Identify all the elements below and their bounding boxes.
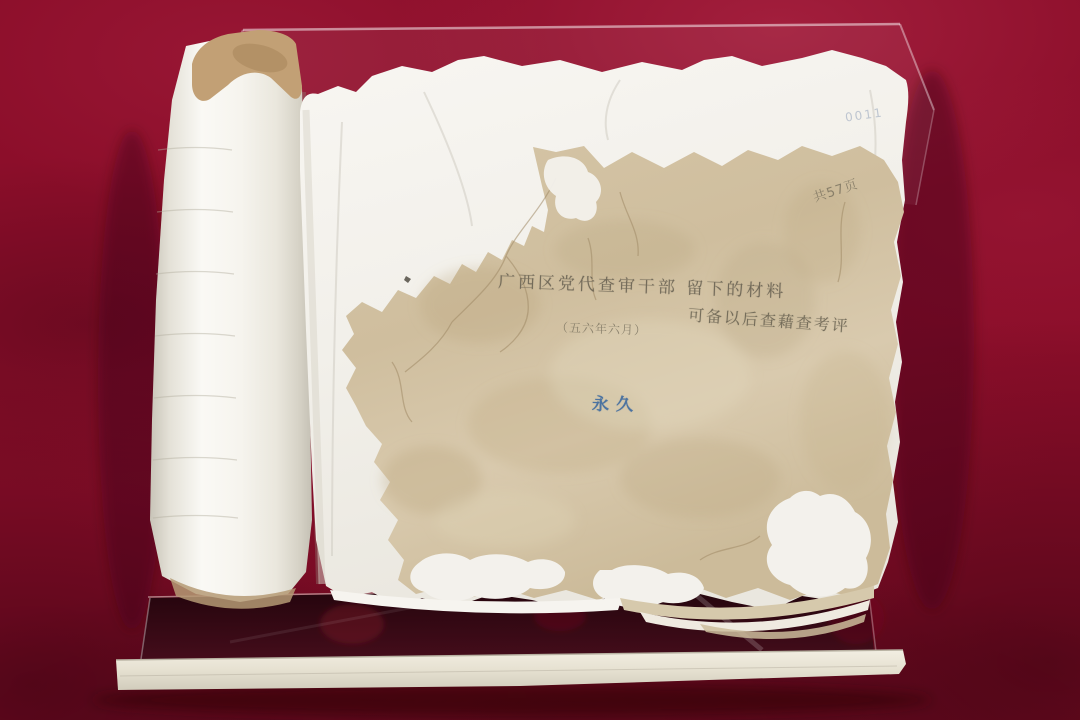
rolled-spine (150, 30, 318, 609)
photo-of-archival-volume: 广西区党代查审干部 留下的材料 （五六年六月） 可备以后查藉查考评 永久 共57… (0, 0, 1080, 720)
handwritten-date: （五六年六月） (556, 318, 648, 338)
scene-art (0, 0, 1080, 720)
retention-label: 永久 (592, 390, 640, 416)
